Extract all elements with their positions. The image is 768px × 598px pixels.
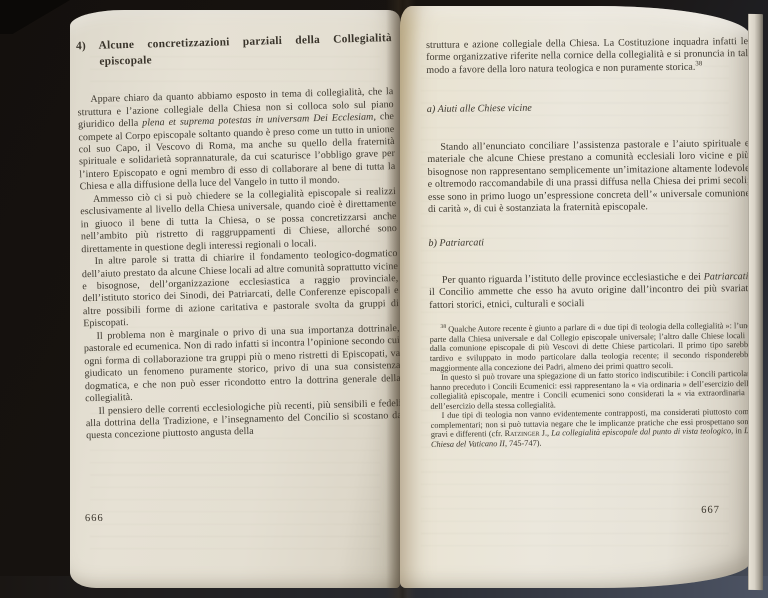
paragraph: Il problema non è marginale o privo di u…: [83, 323, 401, 406]
page-edges-fore-edge: [0, 6, 78, 595]
paragraph: struttura e azione collegiale della Chie…: [426, 36, 748, 77]
paragraph: Stando all’enunciato conciliare l’assist…: [427, 138, 750, 217]
paragraph: Ammesso ciò ci si può chiedere se la col…: [80, 186, 398, 257]
open-book-photo: 4) Alcune concretizzazioni parziali dell…: [0, 0, 768, 598]
subsection-a-heading: a) Aiuti alle Chiese vicine: [427, 100, 749, 116]
page-edges-right-strip: [748, 14, 763, 590]
footnote: 38 Qualche Autore recente è giunto a par…: [429, 321, 752, 373]
right-page-number: 667: [660, 505, 720, 517]
paragraph: Appare chiaro da quanto abbiamo esposto …: [77, 86, 395, 194]
footnote: In questo si può trovare una spiegazione…: [430, 369, 752, 411]
paragraph: Per quanto riguarda l’istituto delle pro…: [429, 271, 751, 312]
subsection-b-heading: b) Patriarcati: [428, 234, 750, 250]
footnote: I due tipi di teologia non vanno evident…: [431, 407, 753, 449]
footnotes-block: 38 Qualche Autore recente è giunto a par…: [429, 321, 752, 449]
left-page-text: 4) Alcune concretizzazioni parziali dell…: [76, 31, 402, 443]
right-page-text: struttura e azione collegiale della Chie…: [426, 36, 753, 449]
paragraph: In altre parole si tratta di chiarire il…: [81, 248, 399, 331]
left-page-number: 666: [85, 513, 104, 524]
